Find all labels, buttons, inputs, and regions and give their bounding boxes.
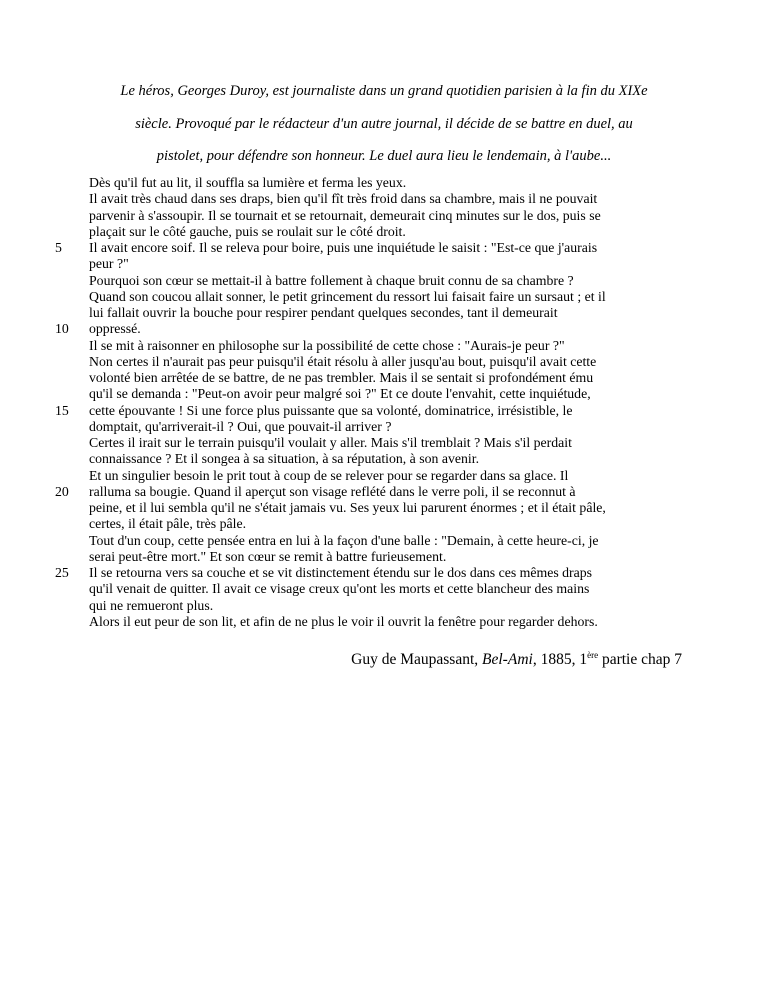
- line-text: connaissance ? Et il songea à sa situati…: [89, 451, 479, 467]
- text-line: Et un singulier besoin le prit tout à co…: [0, 468, 606, 484]
- line-number: [55, 614, 89, 630]
- line-number: [55, 289, 89, 305]
- line-number: 5: [55, 240, 89, 256]
- line-text: ralluma sa bougie. Quand il aperçut son …: [89, 484, 576, 500]
- line-text: certes, il était pâle, très pâle.: [89, 516, 246, 532]
- text-line: 15cette épouvante ! Si une force plus pu…: [0, 403, 606, 419]
- line-number: [55, 516, 89, 532]
- text-line: Pourquoi son cœur se mettait-il à battre…: [0, 273, 606, 289]
- line-number: [55, 370, 89, 386]
- text-line: Alors il eut peur de son lit, et afin de…: [0, 614, 606, 630]
- line-text: qu'il se demanda : "Peut-on avoir peur m…: [89, 386, 591, 402]
- line-number: [55, 533, 89, 549]
- text-line: connaissance ? Et il songea à sa situati…: [0, 451, 606, 467]
- line-number: [55, 598, 89, 614]
- line-text: qui ne remueront plus.: [89, 598, 213, 614]
- line-number: [55, 273, 89, 289]
- text-line: domptait, qu'arriverait-il ? Oui, que po…: [0, 419, 606, 435]
- intro-line: pistolet, pour défendre son honneur. Le …: [0, 140, 768, 173]
- line-number: [55, 338, 89, 354]
- text-line: qu'il se demanda : "Peut-on avoir peur m…: [0, 386, 606, 402]
- line-text: Non certes il n'aurait pas peur puisqu'i…: [89, 354, 596, 370]
- text-line: Il se mit à raisonner en philosophe sur …: [0, 338, 606, 354]
- text-line: Non certes il n'aurait pas peur puisqu'i…: [0, 354, 606, 370]
- line-text: parvenir à s'assoupir. Il se tournait et…: [89, 208, 601, 224]
- intro-line: Le héros, Georges Duroy, est journaliste…: [0, 75, 768, 108]
- line-number: [55, 305, 89, 321]
- line-number: [55, 191, 89, 207]
- line-number: [55, 175, 89, 191]
- line-text: qu'il venait de quitter. Il avait ce vis…: [89, 581, 589, 597]
- line-number: 10: [55, 321, 89, 337]
- line-text: Dès qu'il fut au lit, il souffla sa lumi…: [89, 175, 406, 191]
- text-line: qui ne remueront plus.: [0, 598, 606, 614]
- text-line: 5Il avait encore soif. Il se releva pour…: [0, 240, 606, 256]
- text-line: Quand son coucou allait sonner, le petit…: [0, 289, 606, 305]
- line-number: [55, 386, 89, 402]
- text-body: Dès qu'il fut au lit, il souffla sa lumi…: [0, 175, 606, 630]
- text-line: certes, il était pâle, très pâle.: [0, 516, 606, 532]
- text-line: plaçait sur le côté gauche, puis se roul…: [0, 224, 606, 240]
- line-text: cette épouvante ! Si une force plus puis…: [89, 403, 573, 419]
- document-page: Le héros, Georges Duroy, est journaliste…: [0, 0, 768, 994]
- line-number: [55, 451, 89, 467]
- line-text: Il avait encore soif. Il se releva pour …: [89, 240, 597, 256]
- line-number: [55, 256, 89, 272]
- line-text: Il se retourna vers sa couche et se vit …: [89, 565, 592, 581]
- intro-paragraph: Le héros, Georges Duroy, est journaliste…: [0, 75, 768, 173]
- line-text: peur ?": [89, 256, 129, 272]
- line-number: [55, 581, 89, 597]
- line-text: oppressé.: [89, 321, 141, 337]
- line-text: volonté bien arrêtée de se battre, de ne…: [89, 370, 593, 386]
- line-number: [55, 224, 89, 240]
- line-text: Et un singulier besoin le prit tout à co…: [89, 468, 568, 484]
- line-text: Il avait très chaud dans ses draps, bien…: [89, 191, 597, 207]
- text-line: Dès qu'il fut au lit, il souffla sa lumi…: [0, 175, 606, 191]
- text-line: 10oppressé.: [0, 321, 606, 337]
- line-number: 25: [55, 565, 89, 581]
- text-line: peine, et il lui sembla qu'il ne s'était…: [0, 500, 606, 516]
- line-text: Il se mit à raisonner en philosophe sur …: [89, 338, 565, 354]
- line-text: Pourquoi son cœur se mettait-il à battre…: [89, 273, 574, 289]
- attribution-ordinal-suffix: ère: [587, 650, 598, 660]
- text-line: peur ?": [0, 256, 606, 272]
- line-text: Tout d'un coup, cette pensée entra en lu…: [89, 533, 599, 549]
- line-text: peine, et il lui sembla qu'il ne s'était…: [89, 500, 606, 516]
- line-number: [55, 468, 89, 484]
- line-number: [55, 419, 89, 435]
- text-line: qu'il venait de quitter. Il avait ce vis…: [0, 581, 606, 597]
- line-number: 15: [55, 403, 89, 419]
- attribution: Guy de Maupassant, Bel-Ami, 1885, 1ère p…: [0, 651, 682, 669]
- line-number: 20: [55, 484, 89, 500]
- text-line: Certes il irait sur le terrain puisqu'il…: [0, 435, 606, 451]
- line-number: [55, 500, 89, 516]
- text-line: volonté bien arrêtée de se battre, de ne…: [0, 370, 606, 386]
- line-text: lui fallait ouvrir la bouche pour respir…: [89, 305, 558, 321]
- text-line: 20ralluma sa bougie. Quand il aperçut so…: [0, 484, 606, 500]
- text-line: Tout d'un coup, cette pensée entra en lu…: [0, 533, 606, 549]
- text-line: 25Il se retourna vers sa couche et se vi…: [0, 565, 606, 581]
- attribution-work-title: Bel-Ami: [482, 651, 533, 668]
- line-number: [55, 208, 89, 224]
- text-line: parvenir à s'assoupir. Il se tournait et…: [0, 208, 606, 224]
- line-text: domptait, qu'arriverait-il ? Oui, que po…: [89, 419, 391, 435]
- line-number: [55, 354, 89, 370]
- intro-line: siècle. Provoqué par le rédacteur d'un a…: [0, 108, 768, 141]
- line-number: [55, 549, 89, 565]
- line-number: [55, 435, 89, 451]
- line-text: plaçait sur le côté gauche, puis se roul…: [89, 224, 406, 240]
- text-line: Il avait très chaud dans ses draps, bien…: [0, 191, 606, 207]
- line-text: serai peut-être mort." Et son cœur se re…: [89, 549, 446, 565]
- attribution-chapter: partie chap 7: [598, 651, 682, 668]
- text-line: serai peut-être mort." Et son cœur se re…: [0, 549, 606, 565]
- attribution-year: , 1885, 1: [533, 651, 587, 668]
- attribution-author: Guy de Maupassant,: [351, 651, 482, 668]
- text-line: lui fallait ouvrir la bouche pour respir…: [0, 305, 606, 321]
- line-text: Certes il irait sur le terrain puisqu'il…: [89, 435, 572, 451]
- line-text: Alors il eut peur de son lit, et afin de…: [89, 614, 598, 630]
- line-text: Quand son coucou allait sonner, le petit…: [89, 289, 606, 305]
